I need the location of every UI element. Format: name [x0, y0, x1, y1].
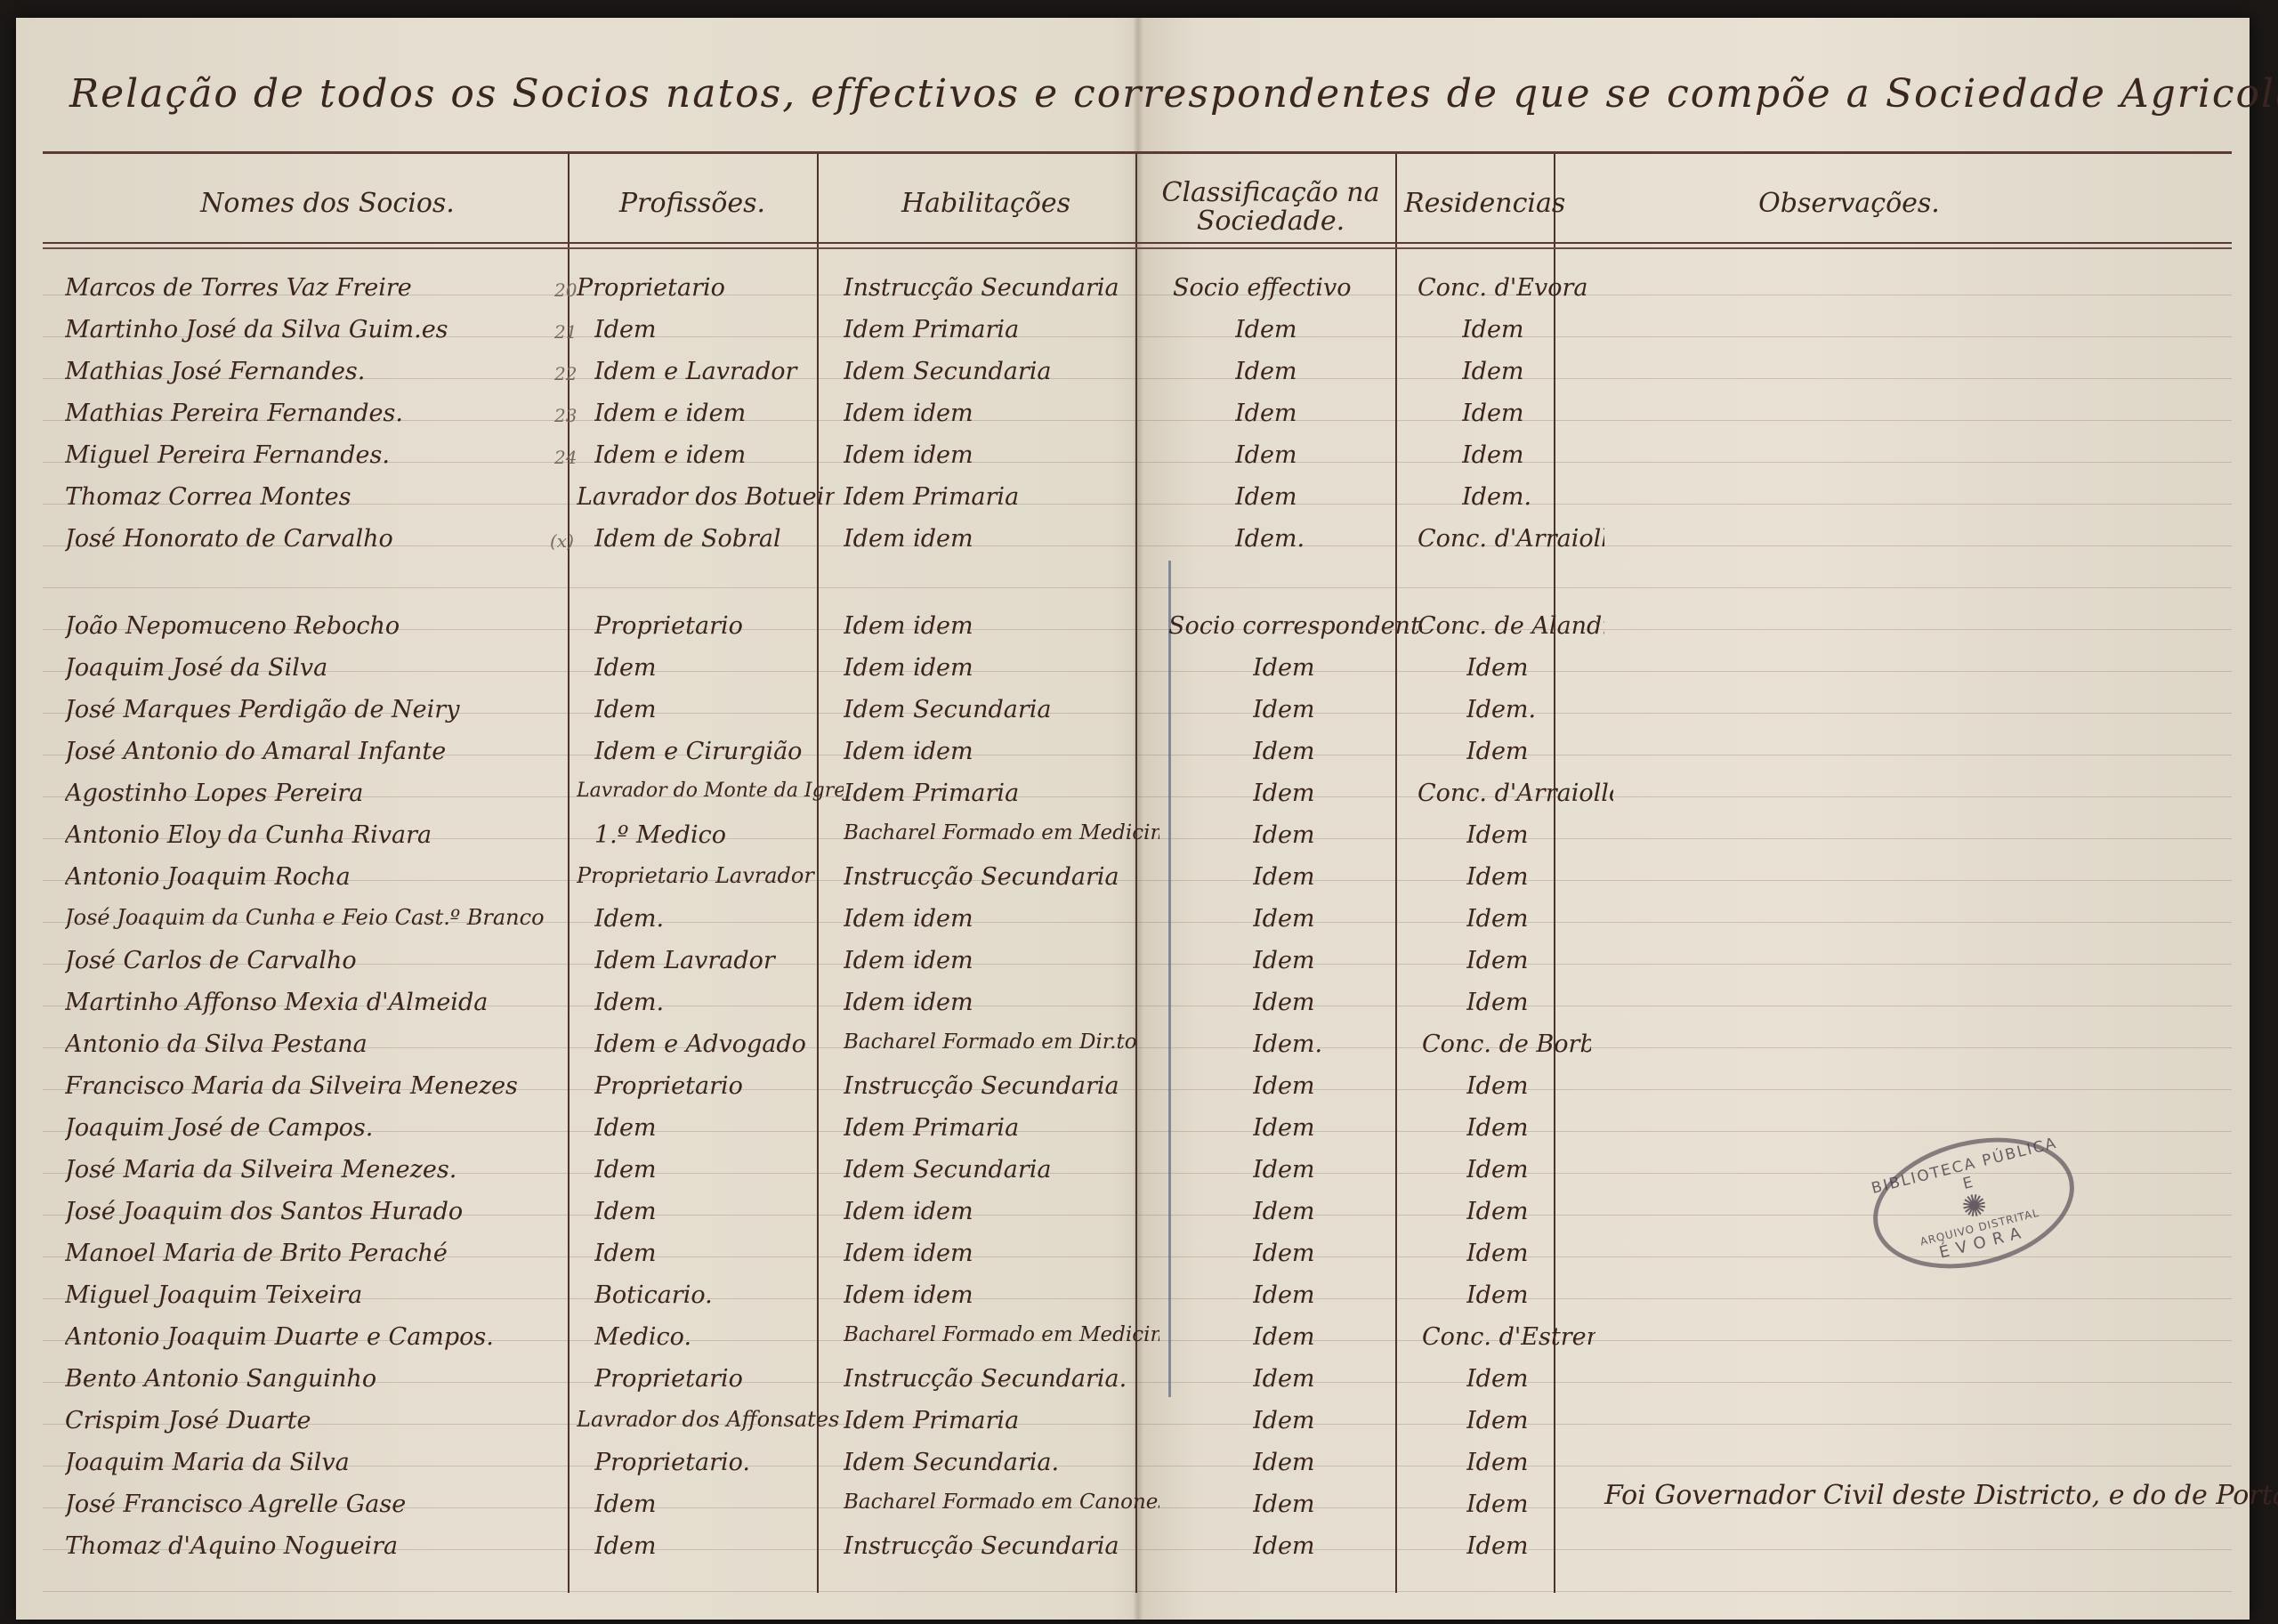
member-name: Martinho José da Silva Guim.es	[65, 316, 563, 343]
profession: Idem	[594, 316, 835, 343]
member-name: José Francisco Agrelle Gase	[65, 1491, 563, 1518]
member-name: José Joaquim dos Santos Hurado	[65, 1198, 563, 1225]
member-name: Antonio Joaquim Duarte e Campos.	[65, 1323, 563, 1351]
qualification: Idem idem	[844, 654, 1146, 682]
table-row: Martinho José da Silva Guim.es 21 Idem I…	[43, 316, 2258, 355]
residence: Idem	[1462, 400, 1587, 427]
profession: Boticario.	[594, 1281, 835, 1309]
qualification: Bacharel Formado em Medicina	[844, 1323, 1159, 1346]
classification: Idem	[1235, 358, 1413, 385]
member-name: Mathias Pereira Fernandes.	[65, 400, 563, 427]
member-name: José Joaquim da Cunha e Feio Cast.º Bran…	[65, 905, 594, 930]
residence: Conc. de Alandroal	[1418, 612, 1604, 640]
row-number: (x)	[550, 530, 574, 552]
qualification: Bacharel Formado em Dir.to	[844, 1030, 1159, 1054]
qualification: Instrucção Secundaria	[844, 1532, 1146, 1560]
residence: Idem	[1466, 1407, 1591, 1434]
classification: Idem	[1235, 483, 1413, 511]
residence: Idem	[1462, 358, 1587, 385]
profession: Idem	[594, 654, 835, 682]
classification: Socio effectivo	[1173, 274, 1413, 302]
classification: Idem	[1253, 1449, 1413, 1476]
table-row: José Antonio do Amaral Infante Idem e Ci…	[43, 738, 2258, 777]
member-name: Antonio da Silva Pestana	[65, 1030, 563, 1058]
table-row: José Marques Perdigão de Neiry Idem Idem…	[43, 696, 2258, 735]
table-row: José Joaquim da Cunha e Feio Cast.º Bran…	[43, 905, 2258, 944]
table-row: Agostinho Lopes Pereira Lavrador do Mont…	[43, 780, 2258, 819]
classification: Idem	[1253, 696, 1413, 723]
qualification: Idem Primaria	[844, 1407, 1146, 1434]
residence: Conc. d'Estremoz	[1422, 1323, 1595, 1351]
classification: Idem	[1253, 654, 1413, 682]
classification: Idem	[1253, 1532, 1413, 1560]
profession: Lavrador dos Affonsates	[577, 1407, 844, 1432]
qualification: Idem idem	[844, 400, 1146, 427]
member-name: José Maria da Silveira Menezes.	[65, 1156, 563, 1184]
classification: Idem	[1253, 947, 1413, 974]
residence: Idem	[1466, 947, 1591, 974]
profession: Proprietario	[594, 1072, 835, 1100]
classification: Idem	[1253, 1198, 1413, 1225]
member-name: Francisco Maria da Silveira Menezes	[65, 1072, 590, 1100]
member-name: Joaquim José da Silva	[65, 654, 563, 682]
header-classification: Classificação na Sociedade.	[1146, 179, 1395, 235]
classification: Idem	[1253, 738, 1413, 765]
row-number: 22	[554, 363, 577, 384]
residence: Idem	[1466, 1532, 1591, 1560]
member-name: José Honorato de Carvalho	[65, 525, 545, 553]
table-row: Antonio Eloy da Cunha Rivara 1.º Medico …	[43, 821, 2258, 860]
header-observations: Observações.	[1716, 190, 1983, 218]
table-row: Francisco Maria da Silveira Menezes Prop…	[43, 1072, 2258, 1111]
qualification: Instrucção Secundaria	[844, 1072, 1146, 1100]
profession: Idem e Cirurgião	[594, 738, 835, 765]
profession: Medico.	[594, 1323, 835, 1351]
residence: Idem	[1466, 654, 1591, 682]
qualification: Idem idem	[844, 441, 1146, 469]
profession: Lavrador do Monte da Igreja	[577, 780, 844, 802]
residence: Idem	[1466, 989, 1591, 1016]
residence: Idem.	[1466, 696, 1591, 723]
member-name: Bento Antonio Sanguinho	[65, 1365, 563, 1393]
residence: Idem	[1466, 1365, 1591, 1393]
member-name: Agostinho Lopes Pereira	[65, 780, 563, 807]
member-name: Antonio Eloy da Cunha Rivara	[65, 821, 563, 849]
ledger-sheet: Relação de todos os Socios natos, effect…	[16, 18, 2250, 1620]
profession: 1.º Medico	[594, 821, 835, 849]
classification: Idem	[1253, 989, 1413, 1016]
profession: Lavrador dos Botueiros	[577, 483, 835, 511]
classification: Idem	[1253, 1156, 1413, 1184]
table-row: Martinho Affonso Mexia d'Almeida Idem. I…	[43, 989, 2258, 1028]
member-name: Miguel Pereira Fernandes.	[65, 441, 563, 469]
observation-note: Foi Governador Civil deste Districto, e …	[1604, 1480, 2278, 1511]
table-row: Mathias José Fernandes. 22 Idem e Lavrad…	[43, 358, 2258, 397]
profession: Idem	[594, 1532, 835, 1560]
profession: Idem	[594, 696, 835, 723]
qualification: Idem idem	[844, 1240, 1146, 1267]
member-name: José Marques Perdigão de Neiry	[65, 696, 563, 723]
qualification: Idem idem	[844, 947, 1146, 974]
table-row: Marcos de Torres Vaz Freire 20 Proprieta…	[43, 274, 2258, 313]
profession: Idem	[594, 1491, 835, 1518]
qualification: Idem Primaria	[844, 780, 1146, 807]
qualification: Idem idem	[844, 1281, 1146, 1309]
qualification: Idem idem	[844, 989, 1146, 1016]
profession: Idem.	[594, 905, 835, 933]
member-name: Miguel Joaquim Teixeira	[65, 1281, 563, 1309]
classification: Idem	[1235, 400, 1413, 427]
qualification: Instrucção Secundaria	[844, 863, 1146, 891]
classification: Idem	[1253, 863, 1413, 891]
document-title: Relação de todos os Socios natos, effect…	[69, 71, 2187, 125]
residence: Idem	[1466, 738, 1591, 765]
profession: Idem.	[594, 989, 835, 1016]
member-name: Antonio Joaquim Rocha	[65, 863, 563, 891]
qualification: Idem Secundaria	[844, 358, 1146, 385]
classification: Idem	[1253, 1072, 1413, 1100]
qualification: Idem Secundaria.	[844, 1449, 1146, 1476]
residence: Idem	[1466, 1114, 1591, 1142]
classification: Idem	[1253, 1323, 1413, 1351]
residence: Idem	[1462, 316, 1587, 343]
residence: Idem	[1466, 1281, 1591, 1309]
qualification: Idem Secundaria	[844, 696, 1146, 723]
header-names: Nomes dos Socios.	[158, 190, 497, 218]
classification: Idem	[1253, 780, 1413, 807]
profession: Idem	[594, 1198, 835, 1225]
classification: Idem	[1253, 1114, 1413, 1142]
table-row: Antonio Joaquim Duarte e Campos. Medico.…	[43, 1323, 2258, 1362]
classification: Idem.	[1253, 1030, 1413, 1058]
residence: Idem	[1462, 441, 1587, 469]
table-header: Nomes dos Socios. Profissões. Habilitaçõ…	[43, 154, 2232, 246]
table-row: Crispim José Duarte Lavrador dos Affonsa…	[43, 1407, 2258, 1446]
profession: Proprietario Lavrador	[577, 863, 844, 888]
table-row: Miguel Joaquim Teixeira Boticario. Idem …	[43, 1281, 2258, 1321]
residence: Idem	[1466, 1491, 1591, 1518]
table-row: Joaquim José da Silva Idem Idem idem Ide…	[43, 654, 2258, 693]
member-name: Manoel Maria de Brito Peraché	[65, 1240, 563, 1267]
member-name: João Nepomuceno Rebocho	[65, 612, 563, 640]
qualification: Idem Secundaria	[844, 1156, 1146, 1184]
profession: Proprietario	[594, 1365, 835, 1393]
classification: Socio correspondente	[1168, 612, 1422, 640]
residence: Idem	[1466, 863, 1591, 891]
member-name: Joaquim Maria da Silva	[65, 1449, 563, 1476]
classification: Idem	[1253, 1240, 1413, 1267]
profession: Idem e idem	[594, 441, 835, 469]
member-name: José Antonio do Amaral Infante	[65, 738, 590, 765]
table-row: Thomaz d'Aquino Nogueira Idem Instrucção…	[43, 1532, 2258, 1571]
residence: Idem	[1466, 1198, 1591, 1225]
profession: Idem	[594, 1156, 835, 1184]
qualification: Idem idem	[844, 905, 1146, 933]
profession: Idem	[594, 1114, 835, 1142]
profession: Proprietario	[594, 612, 835, 640]
classification: Idem	[1253, 905, 1413, 933]
table-row: Bento Antonio Sanguinho Proprietario Ins…	[43, 1365, 2258, 1404]
profession: Idem	[594, 1240, 835, 1267]
header-divider	[43, 242, 2232, 249]
table-row: José Carlos de Carvalho Idem Lavrador Id…	[43, 947, 2258, 986]
table-row: Joaquim José de Campos. Idem Idem Primar…	[43, 1114, 2258, 1153]
residence: Idem	[1466, 821, 1591, 849]
member-name: Martinho Affonso Mexia d'Almeida	[65, 989, 590, 1016]
table-row: Mathias Pereira Fernandes. 23 Idem e ide…	[43, 400, 2258, 439]
table-row: Antonio Joaquim Rocha Proprietario Lavra…	[43, 863, 2258, 902]
classification: Idem	[1253, 821, 1413, 849]
qualification: Idem Primaria	[844, 483, 1146, 511]
qualification: Instrucção Secundaria	[844, 274, 1146, 302]
qualification: Bacharel Formado em Canones	[844, 1491, 1159, 1514]
residence: Conc. d'Arraiollos	[1418, 780, 1613, 807]
classification: Idem	[1253, 1281, 1413, 1309]
residence: Idem.	[1462, 483, 1587, 511]
classification: Idem.	[1235, 525, 1413, 553]
header-qualifications: Habilitações	[844, 190, 1128, 218]
qualification: Idem Primaria	[844, 1114, 1146, 1142]
header-professions: Profissões.	[577, 190, 808, 218]
table-row: Thomaz Correa Montes Lavrador dos Botuei…	[43, 483, 2258, 522]
residence: Idem	[1466, 1072, 1591, 1100]
qualification: Idem idem	[844, 612, 1146, 640]
row-number: 20	[554, 279, 577, 301]
row-number: 24	[554, 447, 577, 468]
table-row: Miguel Pereira Fernandes. 24 Idem e idem…	[43, 441, 2258, 481]
member-name: Thomaz Correa Montes	[65, 483, 563, 511]
profession: Proprietario	[577, 274, 835, 302]
residence: Conc. d'Arraiollos	[1418, 525, 1604, 553]
member-name: Thomaz d'Aquino Nogueira	[65, 1532, 563, 1560]
qualification: Idem idem	[844, 525, 1146, 553]
qualification: Instrucção Secundaria.	[844, 1365, 1146, 1393]
profession: Idem e Lavrador	[594, 358, 835, 385]
residence: Idem	[1466, 1156, 1591, 1184]
member-name: Joaquim José de Campos.	[65, 1114, 563, 1142]
classification: Idem	[1235, 441, 1413, 469]
member-name: José Carlos de Carvalho	[65, 947, 563, 974]
table-row: José Honorato de Carvalho (x) Idem de So…	[43, 525, 2258, 564]
profession: Idem de Sobral	[594, 525, 835, 553]
table-row: Antonio da Silva Pestana Idem e Advogado…	[43, 1030, 2258, 1070]
qualification: Idem idem	[844, 1198, 1146, 1225]
classification: Idem	[1253, 1491, 1413, 1518]
member-name: Mathias José Fernandes.	[65, 358, 563, 385]
header-residences: Residencias	[1404, 190, 1564, 218]
row-number: 21	[554, 321, 577, 343]
classification: Idem	[1235, 316, 1413, 343]
residence: Idem	[1466, 1240, 1591, 1267]
residence: Conc. d'Evora	[1418, 274, 1591, 302]
residence: Conc. de Borba.	[1422, 1030, 1591, 1058]
profession: Idem Lavrador	[594, 947, 835, 974]
table-row: João Nepomuceno Rebocho Proprietario Ide…	[43, 612, 2258, 651]
row-number: 23	[554, 405, 577, 426]
profession: Idem e Advogado	[594, 1030, 835, 1058]
qualification: Idem idem	[844, 738, 1146, 765]
profession: Proprietario.	[594, 1449, 835, 1476]
profession: Idem e idem	[594, 400, 835, 427]
qualification: Idem Primaria	[844, 316, 1146, 343]
member-name: Crispim José Duarte	[65, 1407, 563, 1434]
qualification: Bacharel Formado em Medicina	[844, 821, 1159, 844]
residence: Idem	[1466, 1449, 1591, 1476]
classification: Idem	[1253, 1365, 1413, 1393]
classification: Idem	[1253, 1407, 1413, 1434]
member-name: Marcos de Torres Vaz Freire	[65, 274, 563, 302]
residence: Idem	[1466, 905, 1591, 933]
